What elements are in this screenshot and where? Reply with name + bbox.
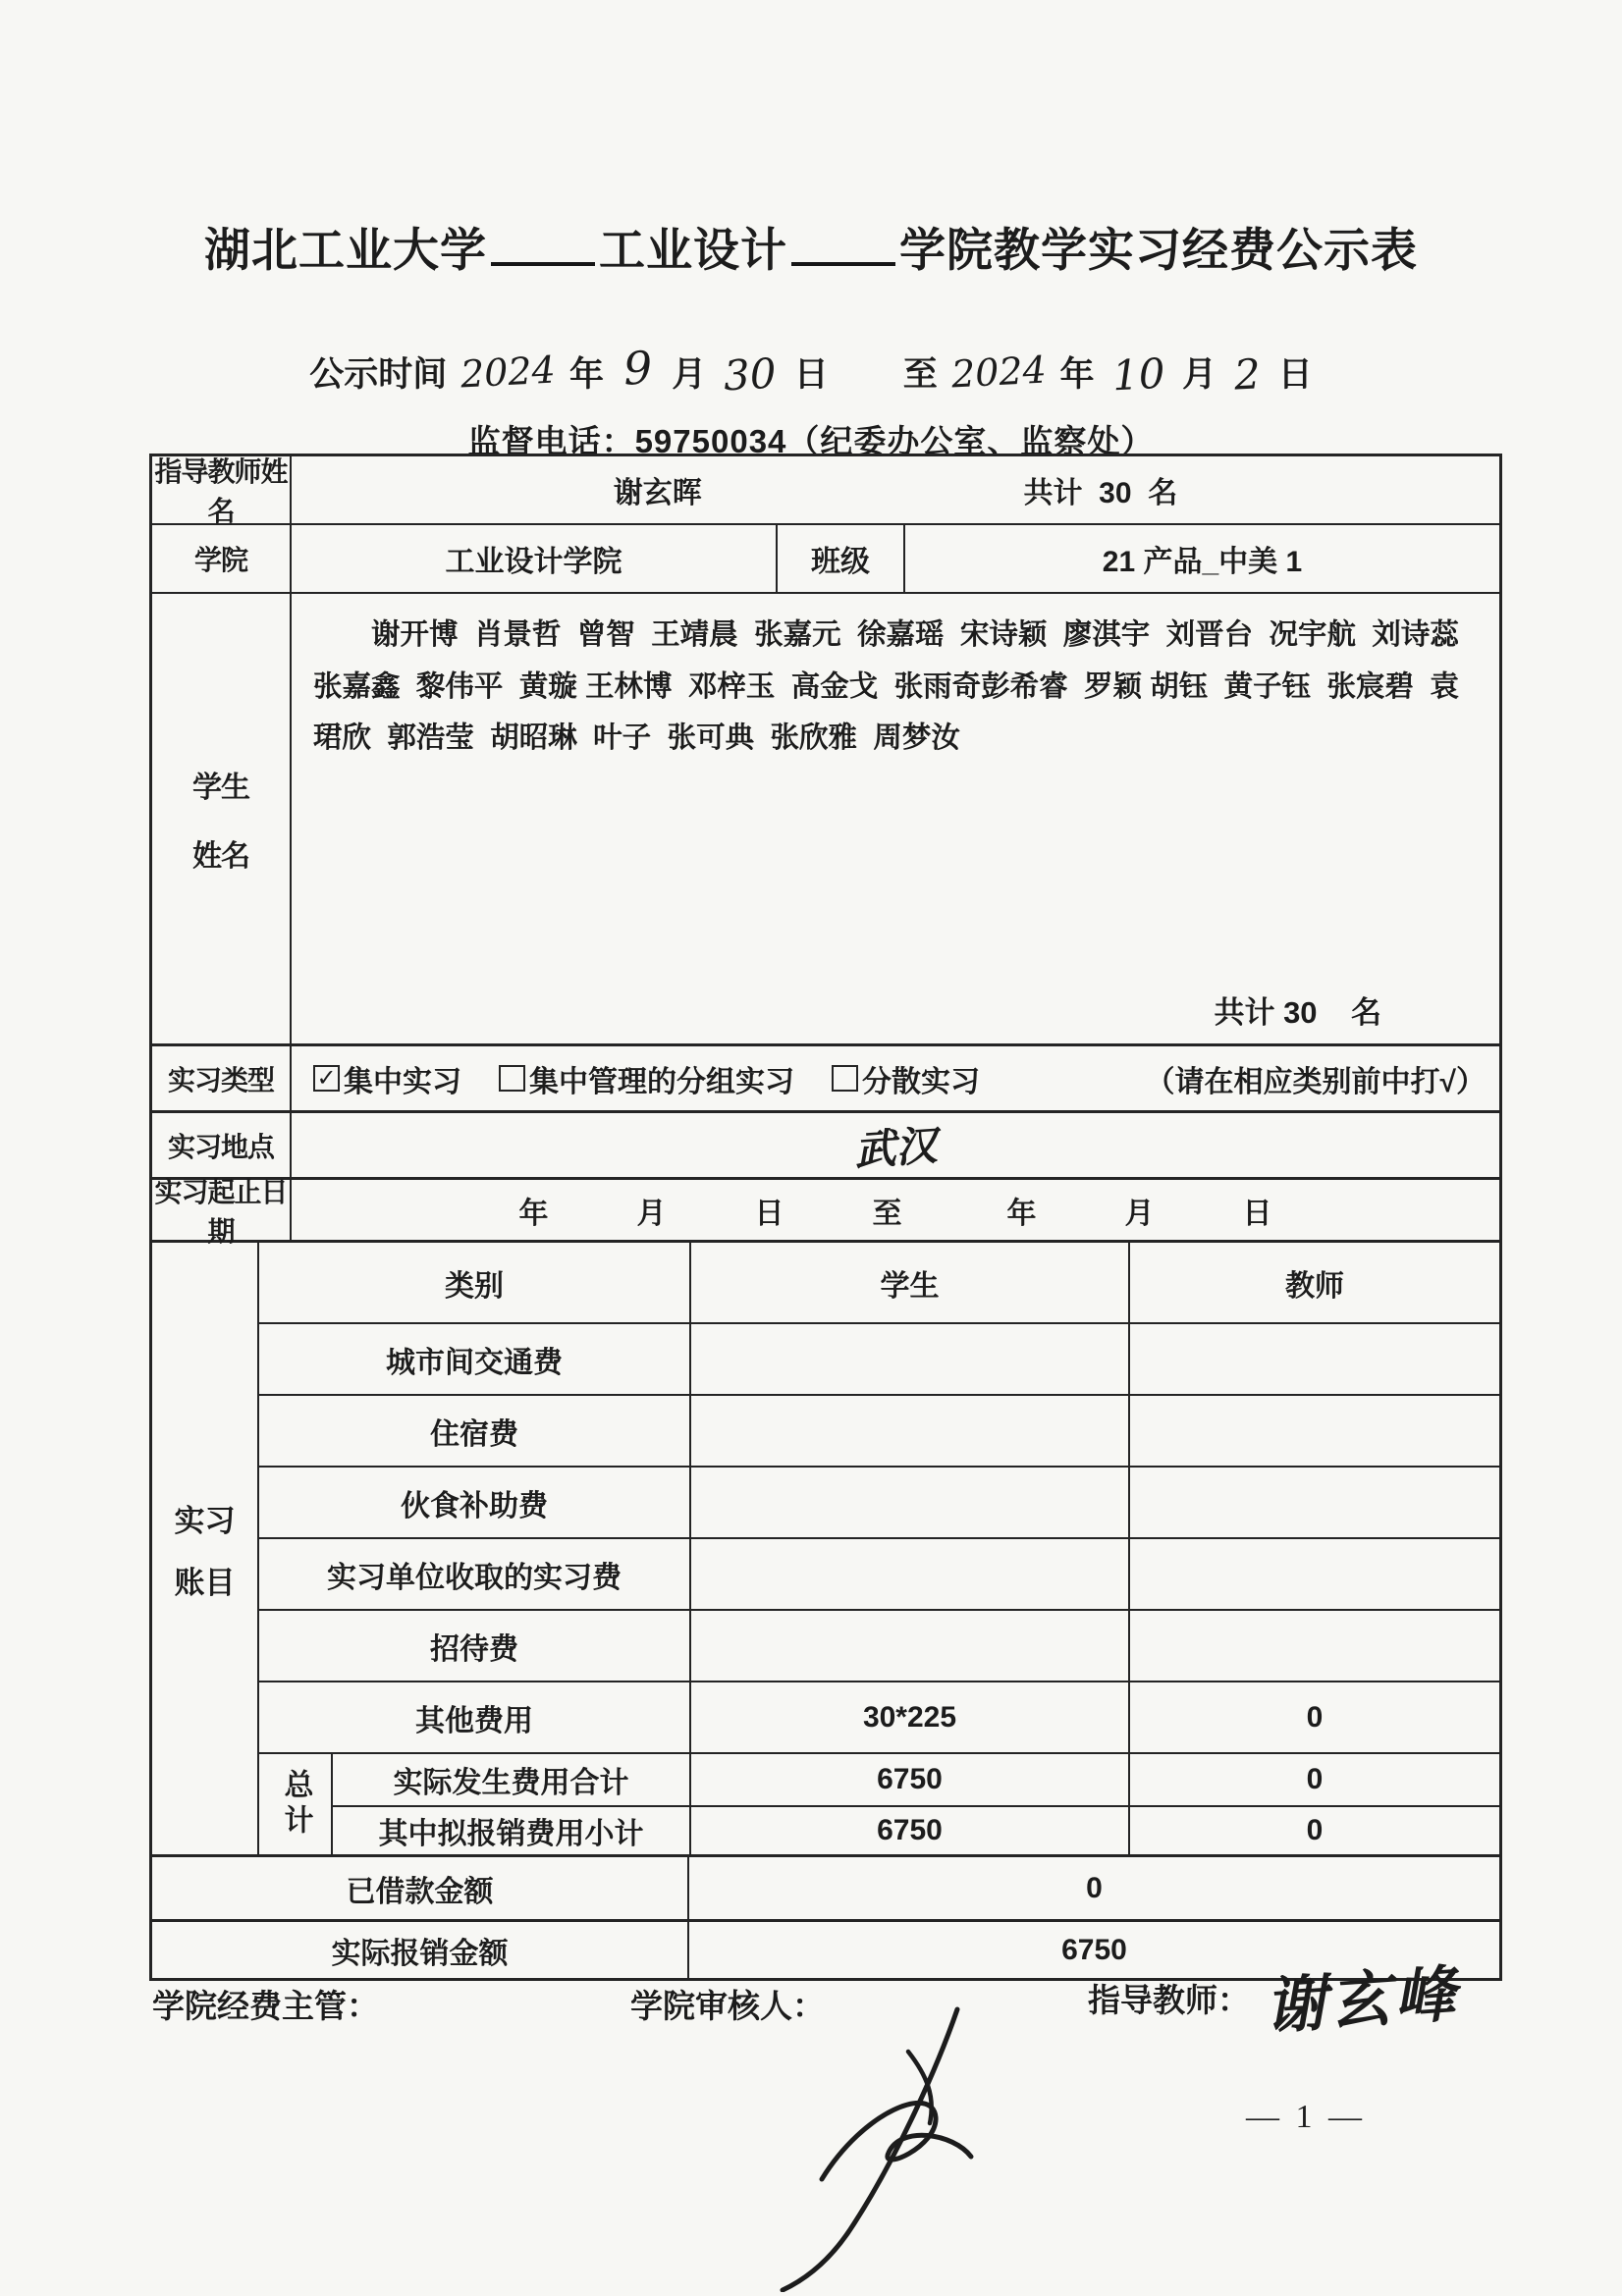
checkbox-checked-icon: ✓ <box>313 1065 340 1092</box>
category-cell: 城市间交通费 <box>259 1324 689 1394</box>
student-amount-cell: 6750 <box>689 1807 1128 1854</box>
day-char-start: 日 <box>794 347 829 397</box>
dates-label: 实习起止日期 <box>152 1180 290 1240</box>
checkbox-empty-icon <box>499 1065 525 1092</box>
teacher-amount-cell: 0 <box>1128 1754 1499 1805</box>
title-filled-college: 工业设计 <box>599 226 787 277</box>
account-header-category: 类别 <box>259 1243 689 1322</box>
borrowed-value: 0 <box>687 1857 1499 1919</box>
student-amount-cell <box>689 1611 1128 1681</box>
teacher-amount-cell <box>1128 1396 1499 1466</box>
student-amount-cell <box>689 1396 1128 1466</box>
students-label-line2: 姓名 <box>192 831 249 875</box>
account-header-student: 学生 <box>689 1243 1128 1322</box>
student-amount-cell <box>689 1324 1128 1394</box>
to-label: 至 <box>903 347 938 397</box>
students-label: 学生 姓名 <box>152 594 290 1043</box>
account-side-label-line2: 账目 <box>175 1558 236 1602</box>
instructor-handwritten-signature: 谢玄峰 <box>1262 1945 1462 2046</box>
scanned-form-page: 湖北工业大学工业设计学院教学实习经费公示表 公示时间 2024 年 9 月 30… <box>0 0 1622 2296</box>
account-row-other: 其他费用 30*225 0 <box>259 1681 1499 1752</box>
table-row-location: 实习地点 武汉 <box>152 1110 1499 1177</box>
students-label-line1: 学生 <box>192 763 249 806</box>
category-cell: 实习单位收取的实习费 <box>259 1539 689 1609</box>
account-table: 类别 学生 教师 城市间交通费 住宿费 伙食补助费 <box>257 1243 1499 1854</box>
option-grouped: 集中管理的分组实习 <box>499 1057 794 1100</box>
fund-manager-label: 学院经费主管： <box>152 1981 379 2027</box>
category-cell: 伙食补助费 <box>259 1468 689 1537</box>
table-row-students: 学生 姓名 谢开博 肖景哲 曾智 王靖晨 张嘉元 徐嘉瑶 宋诗颖 廖淇宇 刘晋台… <box>152 592 1499 1043</box>
date-char-day2: 日 <box>1243 1189 1272 1232</box>
account-side-label: 实习 账目 <box>152 1243 257 1854</box>
auditor-signature-scrawl <box>761 1998 1006 2292</box>
total-row-reimbursable: 其中拟报销费用小计 6750 0 <box>333 1805 1499 1854</box>
day-char-end: 日 <box>1278 347 1313 397</box>
account-row-hospitality: 招待费 <box>259 1609 1499 1681</box>
totals-label-text: 总计 <box>274 1769 317 1840</box>
account-row-unit-fee: 实习单位收取的实习费 <box>259 1537 1499 1609</box>
handwritten-start-day: 30 <box>723 348 778 400</box>
borrowed-label: 已借款金额 <box>152 1857 687 1919</box>
student-amount-cell <box>689 1539 1128 1609</box>
option-grouped-label: 集中管理的分组实习 <box>529 1057 794 1100</box>
totals-side-label: 总计 <box>259 1754 331 1854</box>
handwritten-end-month: 10 <box>1110 348 1165 400</box>
date-char-month2: 月 <box>1125 1189 1155 1232</box>
students-name-list: 谢开博 肖景哲 曾智 王靖晨 张嘉元 徐嘉瑶 宋诗颖 廖淇宇 刘晋台 况宇航 刘… <box>292 594 1499 765</box>
table-row-instructor: 指导教师姓名 谢玄晖 共计 30 名 <box>152 456 1499 523</box>
table-row-borrowed: 已借款金额 0 <box>152 1854 1499 1919</box>
option-concentrated: ✓ 集中实习 <box>313 1057 461 1100</box>
date-char-day1: 日 <box>755 1189 784 1232</box>
teacher-amount-cell <box>1128 1468 1499 1537</box>
dates-template-cell: 年 月 日 至 年 月 日 <box>290 1180 1499 1240</box>
account-row-transport: 城市间交通费 <box>259 1322 1499 1394</box>
handwritten-start-month: 9 <box>622 341 654 395</box>
students-total-count: 共计 30 名 <box>1214 988 1381 1032</box>
total-row-incurred: 实际发生费用合计 6750 0 <box>333 1754 1499 1805</box>
title-blank-line-left <box>491 218 595 266</box>
instructor-name-value: 谢玄晖 <box>614 468 702 511</box>
category-cell: 其中拟报销费用小计 <box>333 1807 689 1854</box>
internship-type-options: ✓ 集中实习 集中管理的分组实习 分散实习 （请在相应类别前中打√） <box>290 1046 1499 1110</box>
account-totals-block: 总计 实际发生费用合计 6750 0 其中拟报销费用小计 6750 0 <box>259 1752 1499 1854</box>
teacher-amount-cell <box>1128 1324 1499 1394</box>
table-row-college: 学院 工业设计学院 班级 21 产品_中美 1 <box>152 523 1499 592</box>
title-suffix: 学院教学实习经费公示表 <box>899 226 1418 277</box>
publicity-time-line: 公示时间 2024 年 9 月 30 日 至 2024 年 10 月 2 日 <box>0 346 1622 399</box>
college-label: 学院 <box>152 525 290 592</box>
category-cell: 实际发生费用合计 <box>333 1754 689 1805</box>
publicity-time-label: 公示时间 <box>309 347 447 397</box>
internship-type-label: 实习类型 <box>152 1046 290 1110</box>
date-char-year2: 年 <box>1007 1189 1037 1232</box>
account-header-teacher: 教师 <box>1128 1243 1499 1322</box>
college-value: 工业设计学院 <box>290 525 776 592</box>
option-dispersed: 分散实习 <box>832 1057 980 1100</box>
date-char-to: 至 <box>873 1189 902 1232</box>
instructor-name-cell: 谢玄晖 共计 30 名 <box>290 456 1499 523</box>
handwritten-location: 武汉 <box>852 1113 939 1178</box>
teacher-amount-cell <box>1128 1539 1499 1609</box>
student-amount-cell: 30*225 <box>689 1682 1128 1752</box>
reimbursed-label: 实际报销金额 <box>152 1922 687 1978</box>
table-row-internship-type: 实习类型 ✓ 集中实习 集中管理的分组实习 分散实习 （请在相应类别前中打√） <box>152 1043 1499 1110</box>
category-cell: 招待费 <box>259 1611 689 1681</box>
account-section: 实习 账目 类别 学生 教师 城市间交通费 住宿费 <box>152 1240 1499 1854</box>
instructor-total-count: 共计 30 名 <box>1024 468 1178 511</box>
checkbox-empty-icon <box>832 1065 858 1092</box>
student-amount-cell <box>689 1468 1128 1537</box>
teacher-amount-cell: 0 <box>1128 1682 1499 1752</box>
instructor-sign-label: 指导教师： <box>1088 1975 1250 2021</box>
location-label: 实习地点 <box>152 1113 290 1177</box>
year-char-end: 年 <box>1060 347 1095 397</box>
class-label: 班级 <box>776 525 903 592</box>
internship-type-note: （请在相应类别前中打√） <box>1146 1057 1486 1100</box>
teacher-amount-cell <box>1128 1611 1499 1681</box>
month-char-start: 月 <box>672 347 706 397</box>
account-side-label-line1: 实习 <box>175 1496 236 1540</box>
account-header-row: 类别 学生 教师 <box>259 1243 1499 1322</box>
students-names-cell: 谢开博 肖景哲 曾智 王靖晨 张嘉元 徐嘉瑶 宋诗颖 廖淇宇 刘晋台 况宇航 刘… <box>290 594 1499 1043</box>
title-university: 湖北工业大学 <box>204 226 487 277</box>
expense-publicity-table: 指导教师姓名 谢玄晖 共计 30 名 学院 工业设计学院 班级 21 产品_中美… <box>149 454 1502 1981</box>
page-number: — 1 — <box>1208 2099 1404 2136</box>
class-value: 21 产品_中美 1 <box>903 525 1499 592</box>
table-row-dates: 实习起止日期 年 月 日 至 年 月 日 <box>152 1177 1499 1240</box>
totals-rows: 实际发生费用合计 6750 0 其中拟报销费用小计 6750 0 <box>331 1754 1499 1854</box>
student-amount-cell: 6750 <box>689 1754 1128 1805</box>
month-char-end: 月 <box>1182 347 1216 397</box>
account-row-lodging: 住宿费 <box>259 1394 1499 1466</box>
option-concentrated-label: 集中实习 <box>344 1057 461 1100</box>
date-char-year1: 年 <box>519 1189 549 1232</box>
instructor-name-label: 指导教师姓名 <box>152 456 290 523</box>
option-dispersed-label: 分散实习 <box>862 1057 980 1100</box>
account-row-meal-subsidy: 伙食补助费 <box>259 1466 1499 1537</box>
form-title: 湖北工业大学工业设计学院教学实习经费公示表 <box>0 214 1622 280</box>
teacher-amount-cell: 0 <box>1128 1807 1499 1854</box>
handwritten-end-day: 2 <box>1233 349 1262 399</box>
category-cell: 住宿费 <box>259 1396 689 1466</box>
title-blank-line-right <box>791 218 895 266</box>
handwritten-end-year: 2024 <box>950 347 1048 396</box>
date-char-month1: 月 <box>637 1189 667 1232</box>
category-cell: 其他费用 <box>259 1682 689 1752</box>
year-char-start: 年 <box>569 347 604 397</box>
location-cell: 武汉 <box>290 1113 1499 1177</box>
handwritten-start-year: 2024 <box>460 347 557 396</box>
